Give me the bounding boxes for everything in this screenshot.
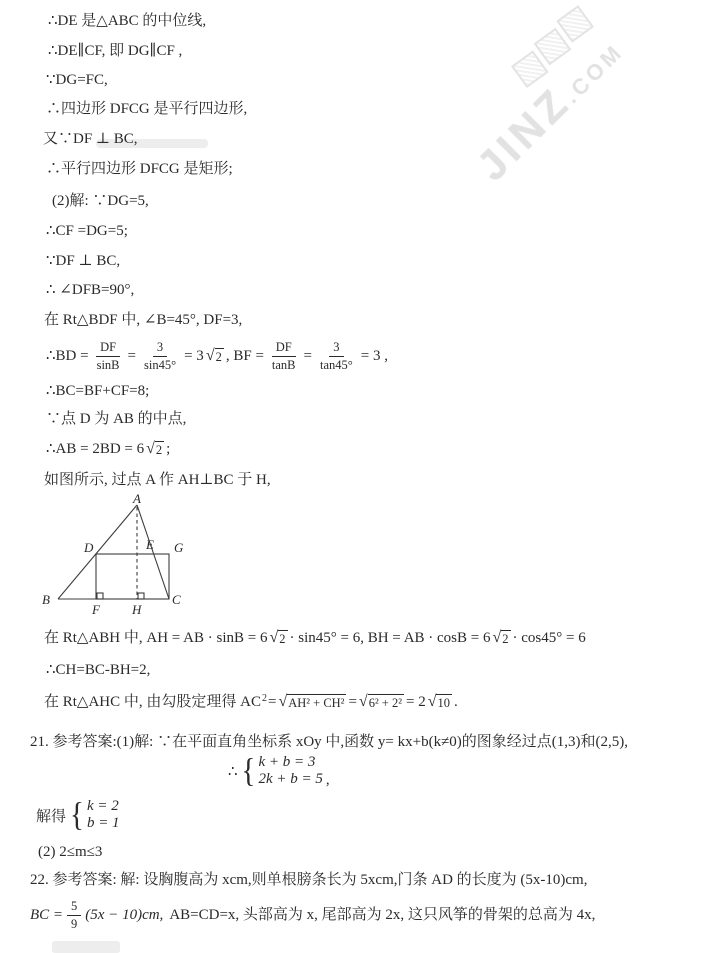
label-f: F <box>91 602 101 617</box>
proof-line-6: ∴平行四边形 DFCG 是矩形; <box>46 160 233 179</box>
sqrt-ah2-ch2: √AH² + CH² <box>278 694 346 710</box>
system-rows: k = 2 b = 1 <box>87 798 120 832</box>
side-ab <box>58 505 137 599</box>
proof-line-18: ∴CH=BC-BH=2, <box>46 661 150 680</box>
formula-text: = 3 <box>184 347 204 366</box>
watermark-stamp-icon <box>534 28 572 66</box>
fraction-df-tanb: DFtanB <box>268 340 300 372</box>
proof-line-16: 如图所示, 过点 A 作 AH⊥BC 于 H, <box>44 471 271 490</box>
fraction-numerator: DF <box>96 340 120 356</box>
radical-sign: √ <box>359 694 368 709</box>
formula-text: , BF = <box>226 347 264 366</box>
radicand: 2 <box>501 630 510 646</box>
fraction-numerator: DF <box>272 340 296 356</box>
watermark: JINZ.COM <box>446 0 706 298</box>
formula-text: BC = <box>30 906 63 925</box>
q22-answer-line: 22. 参考答案: 解: 设胸腹高为 xcm,则单根膀条长为 5xcm,门条 A… <box>30 871 587 890</box>
equation-system-1: ∴ { k + b = 3 2k + b = 5 , <box>228 752 330 790</box>
proof-line-9: ∵DF ⊥ BC, <box>46 252 120 271</box>
solution-row-2: b = 1 <box>87 815 120 832</box>
proof-line-3: ∵DG=FC, <box>46 71 108 90</box>
sqrt-2: √2 <box>206 348 224 364</box>
formula-bc-kite: BC = 59 (5x − 10)cm, AB=CD=x, 头部高为 x, 尾部… <box>30 897 595 933</box>
formula-text: ; <box>166 440 170 459</box>
radical-sign: √ <box>428 694 437 709</box>
proof-line-4: ∴四边形 DFCG 是平行四边形, <box>46 100 247 119</box>
sqrt-2: √2 <box>269 630 287 646</box>
proof-line-11: 在 Rt△BDF 中, ∠B=45°, DF=3, <box>44 311 242 330</box>
fraction-df-sinb: DFsinB <box>93 340 124 372</box>
system-rows: k + b = 3 2k + b = 5 <box>258 754 322 788</box>
fraction-denominator: 9 <box>67 916 81 931</box>
proof-line-13: ∴BC=BF+CF=8; <box>46 382 149 401</box>
formula-text: . <box>454 693 458 712</box>
formula-ah-bh: 在 Rt△ABH 中, AH = AB · sinB = 6 √2 · sin4… <box>44 626 586 650</box>
radicand: 10 <box>436 694 452 710</box>
proof-line-7: (2)解: ∵DG=5, <box>52 192 149 211</box>
formula-text: · cos45° = 6 <box>513 629 586 648</box>
formula-text: 在 Rt△ABH 中, AH = AB · sinB = 6 <box>44 629 267 648</box>
formula-text: 在 Rt△AHC 中, 由勾股定理得 AC <box>44 693 261 712</box>
superscript: 2 <box>262 694 267 704</box>
fraction-3-tan45: 3tan45° <box>316 340 357 372</box>
q21-part2-answer: (2) 2≤m≤3 <box>38 843 102 862</box>
formula-text: = <box>268 693 276 712</box>
sqrt-2: √2 <box>146 441 164 457</box>
equation-system-2: 解得 { k = 2 b = 1 <box>36 797 120 833</box>
proof-line-2: ∴DE∥CF, 即 DG∥CF , <box>48 42 182 61</box>
watermark-stamp-icon <box>556 5 594 43</box>
brace: { <box>70 797 84 832</box>
fraction-denominator: sinB <box>93 357 124 372</box>
equation-row-2: 2k + b = 5 <box>258 771 322 788</box>
label-g: G <box>174 540 184 555</box>
brace: { <box>242 753 256 788</box>
fraction-numerator: 3 <box>329 340 343 356</box>
label-a: A <box>132 494 141 506</box>
radicand: 2 <box>215 348 224 364</box>
right-angle-mark-f <box>97 593 103 599</box>
formula-ab: ∴AB = 2BD = 6 √2 ; <box>46 438 170 460</box>
proof-line-1: ∴DE 是△ABC 的中位线, <box>48 12 206 31</box>
formula-text: AB=CD=x, 头部高为 x, 尾部高为 2x, 这只风筝的骨架的总高为 4x… <box>169 906 595 925</box>
radicand: AH² + CH² <box>287 694 346 710</box>
scan-artifact <box>52 941 120 953</box>
formula-text: ∴AB = 2BD = 6 <box>46 440 144 459</box>
watermark-site-text: JINZ.COM <box>468 0 674 190</box>
formula-text: = <box>348 693 356 712</box>
fraction-3-sin45: 3sin45° <box>140 340 180 372</box>
formula-text: = <box>304 347 312 366</box>
fraction-5-9: 59 <box>67 899 81 931</box>
equation-row-1: k + b = 3 <box>258 754 322 771</box>
formula-text: · sin45° = 6, BH = AB · cosB = 6 <box>290 629 491 648</box>
radicand: 2 <box>278 630 287 646</box>
formula-text: = 3 , <box>361 347 388 366</box>
fraction-denominator: tan45° <box>316 357 357 372</box>
formula-text: ∴BD = <box>46 347 89 366</box>
label-h: H <box>131 602 142 617</box>
radicand: 2 <box>155 441 164 457</box>
fraction-numerator: 5 <box>67 899 81 915</box>
proof-line-14: ∵点 D 为 AB 的中点, <box>46 410 186 429</box>
label-b: B <box>42 592 50 607</box>
rectangle-dfcg <box>96 554 169 599</box>
radical-sign: √ <box>146 441 155 456</box>
sqrt-2: √2 <box>493 630 511 646</box>
proof-line-5: 又∵DF ⊥ BC, <box>43 130 138 149</box>
formula-bd-bf: ∴BD = DFsinB = 3sin45° = 3 √2 , BF = DFt… <box>46 338 388 374</box>
watermark-name: JINZ <box>468 78 580 190</box>
fraction-denominator: sin45° <box>140 357 180 372</box>
label-d: D <box>83 540 94 555</box>
q21-answer-line: 21. 参考答案:(1)解: ∵在平面直角坐标系 xOy 中,函数 y= kx+… <box>30 733 628 752</box>
watermark-logo <box>511 0 638 88</box>
comma: , <box>326 772 330 789</box>
proof-line-8: ∴CF =DG=5; <box>46 222 128 241</box>
watermark-tld: .COM <box>559 38 629 108</box>
right-angle-mark-h <box>138 593 144 599</box>
formula-text: = <box>128 347 136 366</box>
radical-sign: √ <box>493 630 502 645</box>
therefore-symbol: ∴ <box>228 762 238 781</box>
label-e: E <box>145 537 154 552</box>
document-page: JINZ.COM ∴DE 是△ABC 的中位线, ∴DE∥CF, 即 DG∥CF… <box>0 0 706 953</box>
fraction-denominator: tanB <box>268 357 300 372</box>
formula-pythagorean: 在 Rt△AHC 中, 由勾股定理得 AC 2 = √AH² + CH² = √… <box>44 688 458 716</box>
fraction-numerator: 3 <box>153 340 167 356</box>
sqrt-62-22: √6² + 2² <box>359 694 404 710</box>
sqrt-10: √10 <box>428 694 452 710</box>
label-c: C <box>172 592 181 607</box>
radicand: 6² + 2² <box>368 694 404 710</box>
radical-sign: √ <box>206 348 215 363</box>
watermark-stamp-icon <box>511 50 549 88</box>
radical-sign: √ <box>278 694 287 709</box>
side-ac <box>137 505 169 599</box>
radical-sign: √ <box>269 630 278 645</box>
solve-label: 解得 <box>36 805 66 826</box>
geometry-figure: A B C D E G F H <box>40 494 192 620</box>
formula-text: = 2 <box>406 693 426 712</box>
proof-line-10: ∴ ∠DFB=90°, <box>46 281 134 300</box>
formula-text: (5x − 10)cm, <box>85 906 163 925</box>
solution-row-1: k = 2 <box>87 798 120 815</box>
